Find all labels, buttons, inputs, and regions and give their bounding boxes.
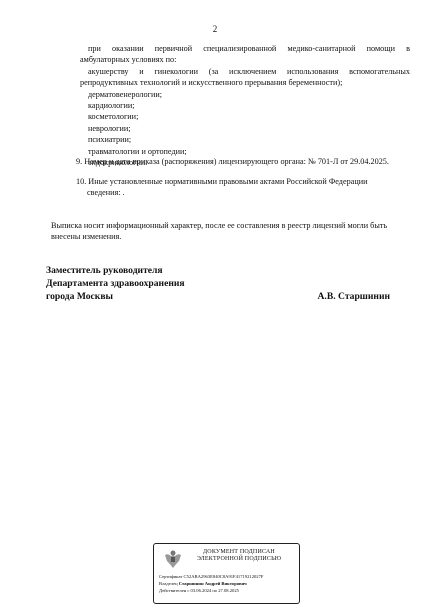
specialty-item: кардиологии;	[80, 100, 410, 111]
intro-line-1: при оказании первичной специализированно…	[80, 43, 410, 54]
signatory-name: А.В. Старшинин	[318, 291, 391, 302]
item-10-line-2: сведения: .	[76, 187, 416, 198]
signatory-title-line: города Москвы	[46, 290, 185, 303]
specialty-item: неврологии;	[80, 123, 410, 134]
obstetrics-line-2: репродуктивных технологий и искусственно…	[80, 77, 410, 88]
stamp-certificate: Сертификат C52ABA2963E840C8A91F417192120…	[159, 574, 263, 580]
signatory-title: Заместитель руководителя Департамента зд…	[46, 264, 185, 304]
obstetrics-line-1: акушерству и гинекологии (за исключением…	[80, 66, 410, 77]
specialty-item: косметологии;	[80, 111, 410, 122]
stamp-title-line-2: ЭЛЕКТРОННОЙ ПОДПИСЬЮ	[184, 556, 294, 563]
stamp-title: ДОКУМЕНТ ПОДПИСАН ЭЛЕКТРОННОЙ ПОДПИСЬЮ	[184, 549, 294, 563]
license-scope: при оказании первичной специализированно…	[80, 43, 410, 168]
specialty-item: психиатрии;	[80, 134, 410, 145]
certificate-value: C52ABA2963E840C8A91F41719212027F	[184, 574, 264, 579]
note-line-2: внесены изменения.	[51, 231, 421, 242]
coat-of-arms-icon	[162, 548, 184, 570]
stamp-title-line-1: ДОКУМЕНТ ПОДПИСАН	[184, 549, 294, 556]
disclaimer-note: Выписка носит информационный характер, п…	[51, 220, 421, 243]
owner-value: Старшинин Андрей Викторович	[179, 581, 247, 586]
electronic-signature-stamp: ДОКУМЕНТ ПОДПИСАН ЭЛЕКТРОННОЙ ПОДПИСЬЮ С…	[153, 543, 300, 604]
specialty-item: дерматовенерологии;	[80, 89, 410, 100]
certificate-label: Сертификат	[159, 574, 182, 579]
item-9: 9. Номер и дата приказа (распоряжения) л…	[76, 156, 416, 167]
item-10: 10. Иные установленные нормативными прав…	[76, 176, 416, 199]
page-number: 2	[0, 24, 430, 34]
item-10-line-1: 10. Иные установленные нормативными прав…	[76, 176, 416, 187]
intro-line-2: амбулаторных условиях по:	[80, 54, 410, 65]
stamp-validity: Действителен с 03.06.2024 по 27.08.2025	[159, 588, 239, 594]
signatory-title-line: Департамента здравоохранения	[46, 277, 185, 290]
stamp-owner: Владелец Старшинин Андрей Викторович	[159, 581, 247, 587]
signatory-title-line: Заместитель руководителя	[46, 264, 185, 277]
owner-label: Владелец	[159, 581, 178, 586]
note-line-1: Выписка носит информационный характер, п…	[51, 220, 421, 231]
